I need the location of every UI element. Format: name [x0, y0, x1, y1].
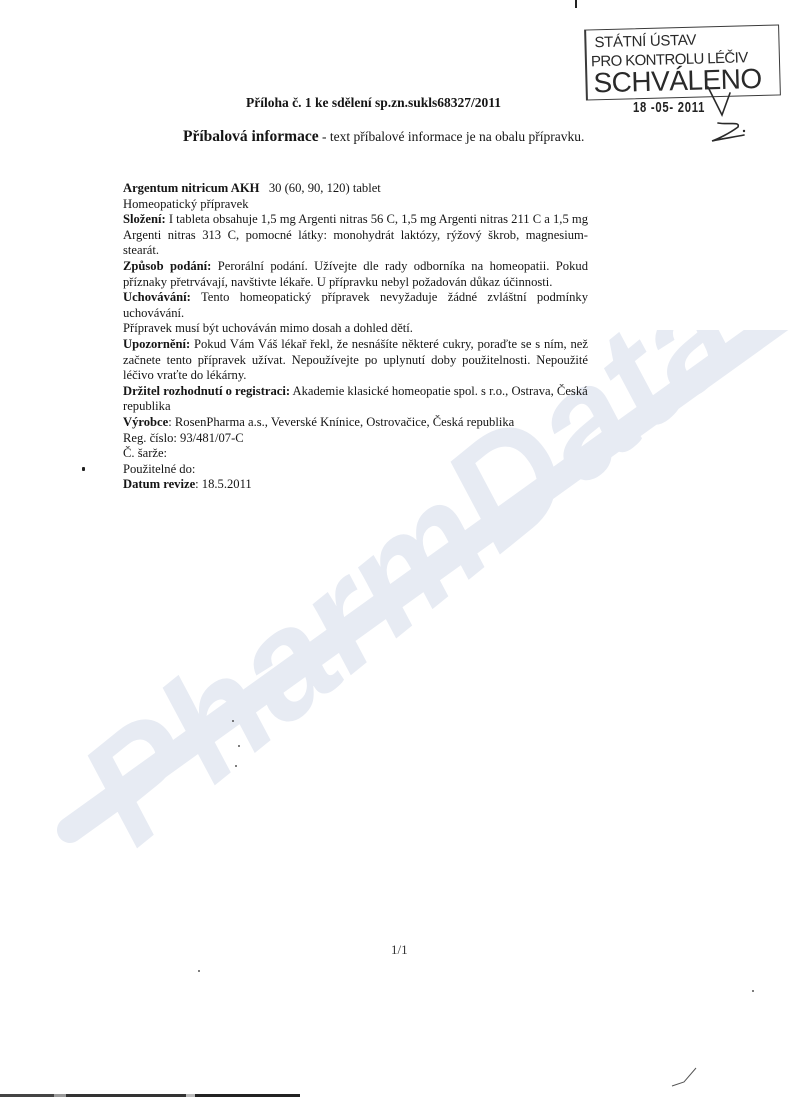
manufacturer-text: : RosenPharma a.s., Veverské Knínice, Os…: [168, 415, 514, 429]
scan-speck: [198, 970, 200, 972]
stamp-line-1: STÁTNÍ ÚSTAV: [594, 32, 696, 52]
section-revision: Datum revize: 18.5.2011: [123, 477, 588, 493]
manufacturer-label: Výrobce: [123, 415, 168, 429]
holder-label: Držitel rozhodnutí o registraci:: [123, 384, 290, 398]
leaflet-subtitle: - text příbalové informace je na obalu p…: [319, 129, 585, 144]
warning-label: Upozornění:: [123, 337, 190, 351]
section-storage: Uchovávání: Tento homeopatický přípravek…: [123, 290, 588, 321]
stamp-date: 18 -05- 2011: [633, 99, 705, 116]
scan-speck: [232, 720, 234, 722]
scan-mark: [575, 0, 577, 8]
scan-speck: [238, 745, 240, 747]
product-name: Argentum nitricum AKH: [123, 181, 259, 195]
scan-dot: [82, 467, 85, 471]
administration-label: Způsob podání:: [123, 259, 211, 273]
product-pack: 30 (60, 90, 120) tablet: [269, 181, 381, 195]
scan-scribble: [670, 1060, 710, 1090]
storage-label: Uchovávání:: [123, 290, 191, 304]
reg-number: Reg. číslo: 93/481/07-C: [123, 431, 588, 447]
leaflet-content: Argentum nitricum AKH 30 (60, 90, 120) t…: [123, 181, 588, 493]
product-line: Argentum nitricum AKH 30 (60, 90, 120) t…: [123, 181, 588, 197]
warning-text: Pokud Vám Váš lékař řekl, že nesnášíte n…: [123, 337, 588, 382]
leaflet-heading: Příbalová informace - text příbalové inf…: [183, 128, 584, 146]
page-number: 1/1: [391, 942, 408, 958]
batch-number: Č. šarže:: [123, 446, 588, 462]
revision-label: Datum revize: [123, 477, 195, 491]
leaflet-title: Příbalová informace: [183, 128, 319, 145]
section-manufacturer: Výrobce: RosenPharma a.s., Veverské Knín…: [123, 415, 588, 431]
scan-edge-line: [0, 1094, 300, 1097]
section-warning: Upozornění: Pokud Vám Váš lékař řekl, že…: [123, 337, 588, 384]
signature-icon: [700, 85, 760, 150]
section-holder: Držitel rozhodnutí o registraci: Akademi…: [123, 384, 588, 415]
product-type: Homeopatický přípravek: [123, 197, 588, 213]
composition-label: Složení:: [123, 212, 166, 226]
scan-speck: [752, 990, 754, 992]
storage-text: Tento homeopatický přípravek nevyžaduje …: [123, 290, 588, 320]
attachment-header: Příloha č. 1 ke sdělení sp.zn.sukls68327…: [246, 95, 501, 111]
section-administration: Způsob podání: Perorální podání. Užívejt…: [123, 259, 588, 290]
expiry-date: Použitelné do:: [123, 462, 588, 478]
children-warning: Přípravek musí být uchováván mimo dosah …: [123, 321, 588, 337]
scan-speck: [235, 765, 237, 767]
revision-text: : 18.5.2011: [195, 477, 252, 491]
section-composition: Složení: I tableta obsahuje 1,5 mg Argen…: [123, 212, 588, 259]
composition-text: I tableta obsahuje 1,5 mg Argenti nitras…: [123, 212, 588, 257]
